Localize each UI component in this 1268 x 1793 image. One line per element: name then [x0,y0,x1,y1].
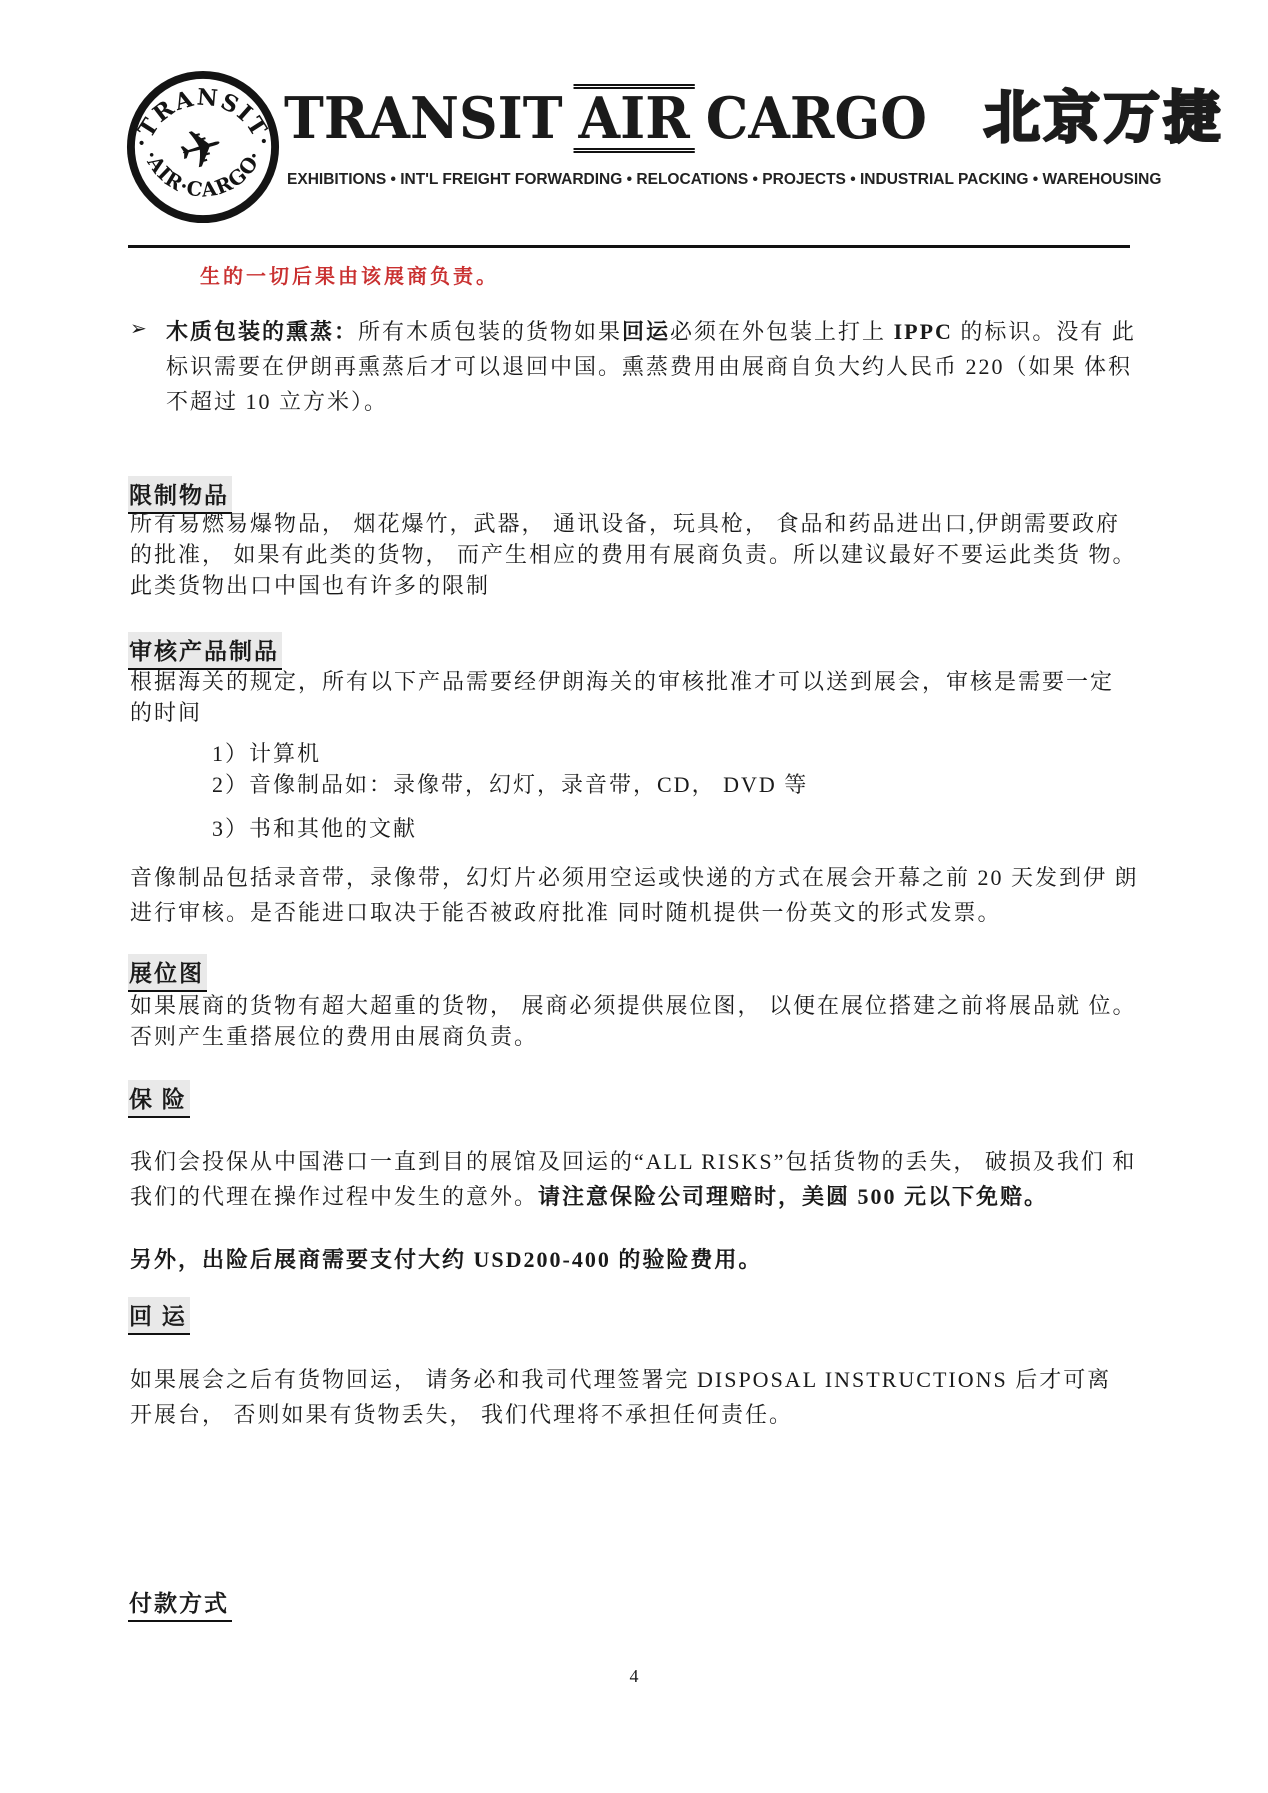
booth-plan-text: 如果展商的货物有超大超重的货物， 展商必须提供展位图， 以便在展位搭建之前将展品… [130,990,1142,1052]
fumigation-text: 木质包装的熏蒸：所有木质包装的货物如果回运必须在外包装上打上 IPPC 的标识。… [166,314,1140,419]
header-divider [128,245,1130,248]
page-number: 4 [0,1666,1268,1687]
return-shipment-paragraph: 如果展会之后有货物回运， 请务必和我司代理签署完 DISPOSAL INSTRU… [130,1362,1142,1432]
review-list-item-1: 1）计算机 [212,737,321,768]
insurance-extra-paragraph: 另外，出险后展商需要支付大约 USD200-400 的验险费用。 [130,1242,1142,1277]
insurance-extra-bold: 另外，出险后展商需要支付大约 USD200-400 的验险费用。 [130,1247,762,1272]
insurance-paragraph: 我们会投保从中国港口一直到目的展馆及回运的“ALL RISKS”包括货物的丢失，… [130,1144,1142,1214]
audio-visual-note-text: 音像制品包括录音带，录像带，幻灯片必须用空运或快递的方式在展会开幕之前 20 天… [130,860,1142,930]
red-note: 生的一切后果由该展商负责。 [200,260,499,289]
fumigation-b2: IPPC [894,319,953,344]
brand-transit: TRANSIT [284,85,563,152]
fumigation-b1: 回运 [622,319,670,344]
restricted-goods-text: 所有易燃易爆物品， 烟花爆竹，武器， 通讯设备，玩具枪， 食品和药品进出口,伊朗… [130,508,1142,601]
section-title-booth-plan: 展位图 [128,954,207,992]
brand-latin: TRANSIT AIR CARGO [284,84,927,153]
brand-cargo: CARGO [706,85,927,152]
insurance-extra-text: 另外，出险后展商需要支付大约 USD200-400 的验险费用。 [130,1242,1142,1277]
audio-visual-note-paragraph: 音像制品包括录音带，录像带，幻灯片必须用空运或快递的方式在展会开幕之前 20 天… [130,860,1142,930]
return-shipment-text: 如果展会之后有货物回运， 请务必和我司代理签署完 DISPOSAL INSTRU… [130,1362,1142,1432]
reviewed-products-text: 根据海关的规定，所有以下产品需要经伊朗海关的审核批准才可以送到展会，审核是需要一… [130,666,1142,728]
insurance-text-bold: 请注意保险公司理赔时，美圆 500 元以下免赔。 [538,1184,1048,1209]
fumigation-lead: 木质包装的熏蒸： [166,319,358,344]
brand-title: TRANSIT AIR CARGO 北京万捷 [284,84,1224,153]
insurance-text: 我们会投保从中国港口一直到目的展馆及回运的“ALL RISKS”包括货物的丢失，… [130,1144,1142,1214]
reviewed-products-paragraph: 根据海关的规定，所有以下产品需要经伊朗海关的审核批准才可以送到展会，审核是需要一… [130,666,1142,728]
restricted-goods-paragraph: 所有易燃易爆物品， 烟花爆竹，武器， 通讯设备，玩具枪， 食品和药品进出口,伊朗… [130,508,1142,601]
brand-chinese-name: 北京万捷 [984,91,1224,147]
stamp-svg: ·TRANSIT· ·AIR·CARGO· ✈ [124,68,282,226]
section-title-reviewed-products: 审核产品制品 [128,632,282,670]
section-title-payment-method: 付款方式 [128,1584,232,1622]
brand-air: AIR [574,84,695,153]
arrow-bullet-icon: ➢ [130,314,166,419]
document-page: ·TRANSIT· ·AIR·CARGO· ✈ TRANSIT AIR CARG… [0,0,1268,1793]
review-list-item-3: 3）书和其他的文献 [212,812,417,843]
fumigation-t1: 所有木质包装的货物如果 [358,319,622,344]
section-title-insurance: 保 险 [128,1080,190,1118]
company-stamp-logo: ·TRANSIT· ·AIR·CARGO· ✈ [124,68,282,226]
fumigation-bullet: ➢ 木质包装的熏蒸：所有木质包装的货物如果回运必须在外包装上打上 IPPC 的标… [130,314,1140,419]
brand-tagline: EXHIBITIONS • INT'L FREIGHT FORWARDING •… [287,171,1161,189]
booth-plan-paragraph: 如果展商的货物有超大超重的货物， 展商必须提供展位图， 以便在展位搭建之前将展品… [130,990,1142,1052]
review-list-item-2: 2）音像制品如：录像带，幻灯，录音带，CD， DVD 等 [212,768,808,799]
fumigation-t2: 必须在外包装上打上 [670,319,894,344]
section-title-return-shipment: 回 运 [128,1297,190,1335]
